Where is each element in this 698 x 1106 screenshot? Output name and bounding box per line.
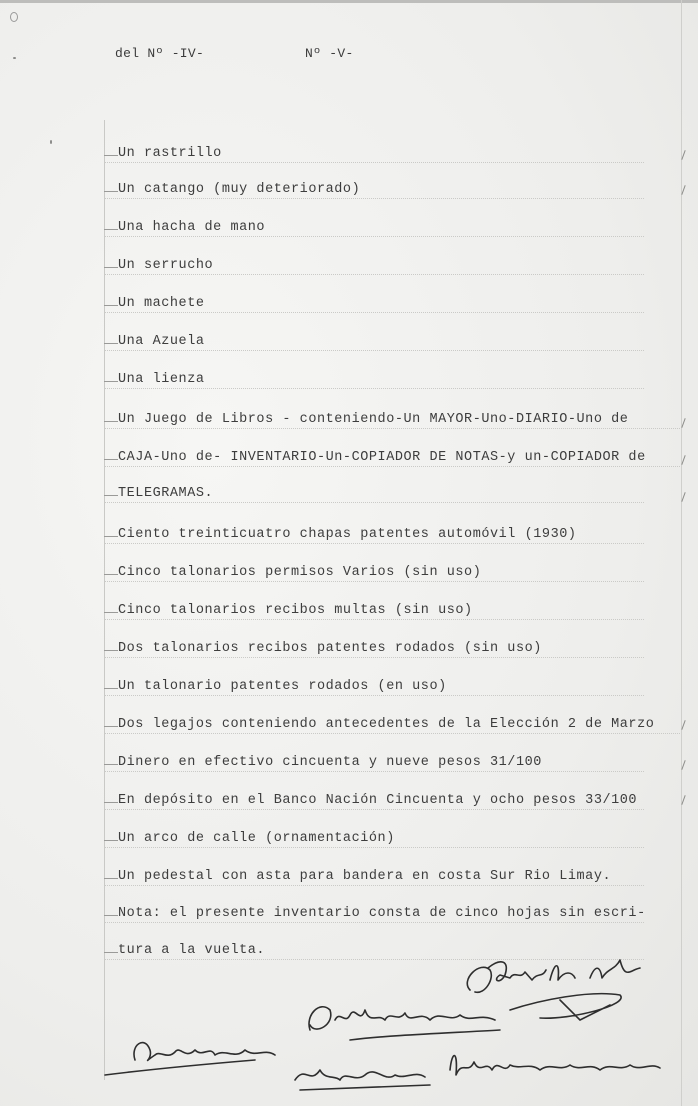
inventory-line-text: Dos legajos conteniendo antecedentes de … <box>118 717 654 732</box>
inventory-line-text: tura a la vuelta. <box>118 943 265 958</box>
line-dash <box>104 409 118 422</box>
line-underline <box>104 388 644 389</box>
inventory-line: Un serrucho <box>104 255 644 275</box>
document-page: del Nº -IV- Nº -V- Un rastrilloUn catang… <box>0 0 698 1106</box>
inventory-line: Dinero en efectivo cincuenta y nueve pes… <box>104 752 644 772</box>
inventory-line: Cinco talonarios recibos multas (sin uso… <box>104 600 644 620</box>
line-underline <box>104 809 644 810</box>
header-from-number: del Nº -IV- <box>115 46 204 61</box>
inventory-line-text: Dinero en efectivo cincuenta y nueve pes… <box>118 755 542 770</box>
smudge <box>13 57 16 59</box>
inventory-line-text: Un Juego de Libros - conteniendo-Un MAYO… <box>118 412 628 427</box>
inventory-line-text: Un arco de calle (ornamentación) <box>118 831 395 846</box>
line-dash <box>104 331 118 344</box>
inventory-line-text: Un pedestal con asta para bandera en cos… <box>118 869 611 884</box>
inventory-line: Una hacha de mano <box>104 217 644 237</box>
inventory-line: Cinco talonarios permisos Varios (sin us… <box>104 562 644 582</box>
line-dash <box>104 179 118 192</box>
line-dash <box>104 369 118 382</box>
inventory-line: Dos legajos conteniendo antecedentes de … <box>104 714 680 734</box>
line-underline <box>104 162 644 163</box>
inventory-line: Nota: el presente inventario consta de c… <box>104 903 644 923</box>
inventory-line-text: Un talonario patentes rodados (en uso) <box>118 679 447 694</box>
line-underline <box>104 466 680 467</box>
signature-2 <box>290 995 510 1045</box>
inventory-line: Ciento treinticuatro chapas patentes aut… <box>104 524 644 544</box>
inventory-line-text: Cinco talonarios recibos multas (sin uso… <box>118 603 473 618</box>
line-dash <box>104 940 118 953</box>
inventory-line: Un pedestal con asta para bandera en cos… <box>104 866 644 886</box>
line-dash <box>104 790 118 803</box>
line-underline <box>104 733 680 734</box>
header-to-number: Nº -V- <box>305 46 354 61</box>
inventory-line: Dos talonarios recibos patentes rodados … <box>104 638 644 658</box>
inventory-line-text: En depósito en el Banco Nación Cincuenta… <box>118 793 637 808</box>
line-dash <box>104 447 118 460</box>
inventory-line-text: Una hacha de mano <box>118 220 265 235</box>
line-underline <box>104 312 644 313</box>
line-dash <box>104 866 118 879</box>
inventory-line: Una Azuela <box>104 331 644 351</box>
inventory-line-text: CAJA-Uno de- INVENTARIO-Un-COPIADOR DE N… <box>118 450 646 465</box>
line-underline <box>104 619 644 620</box>
line-dash <box>104 638 118 651</box>
line-underline <box>104 236 644 237</box>
inventory-line-text: Un machete <box>118 296 205 311</box>
line-dash <box>104 676 118 689</box>
line-dash <box>104 752 118 765</box>
line-dash <box>104 828 118 841</box>
inventory-line: Un catango (muy deteriorado) <box>104 179 644 199</box>
line-underline <box>104 274 644 275</box>
inventory-line-text: Nota: el presente inventario consta de c… <box>118 906 646 921</box>
inventory-line: CAJA-Uno de- INVENTARIO-Un-COPIADOR DE N… <box>104 447 680 467</box>
line-dash <box>104 524 118 537</box>
inventory-line-text: Una lienza <box>118 372 205 387</box>
line-dash <box>104 600 118 613</box>
line-underline <box>104 502 644 503</box>
inventory-line: Un arco de calle (ornamentación) <box>104 828 644 848</box>
inventory-line: TELEGRAMAS. <box>104 483 644 503</box>
inventory-line-text: Ciento treinticuatro chapas patentes aut… <box>118 527 577 542</box>
document-header: del Nº -IV- Nº -V- <box>115 46 204 61</box>
smudge <box>10 12 18 22</box>
line-underline <box>104 695 644 696</box>
inventory-line-text: TELEGRAMAS. <box>118 486 213 501</box>
inventory-line: Un rastrillo <box>104 143 644 163</box>
inventory-line-text: Un serrucho <box>118 258 213 273</box>
inventory-line: Un Juego de Libros - conteniendo-Un MAYO… <box>104 409 680 429</box>
line-underline <box>104 922 644 923</box>
line-underline <box>104 581 644 582</box>
inventory-line: En depósito en el Banco Nación Cincuenta… <box>104 790 644 810</box>
line-underline <box>104 657 644 658</box>
line-dash <box>104 903 118 916</box>
line-dash <box>104 143 118 156</box>
inventory-line-text: Una Azuela <box>118 334 205 349</box>
inventory-line-text: Dos talonarios recibos patentes rodados … <box>118 641 542 656</box>
smudge <box>50 140 52 144</box>
line-dash <box>104 562 118 575</box>
page-top-edge <box>0 0 698 3</box>
line-underline <box>104 428 680 429</box>
inventory-line: Un machete <box>104 293 644 313</box>
inventory-line: Un talonario patentes rodados (en uso) <box>104 676 644 696</box>
inventory-line: Una lienza <box>104 369 644 389</box>
right-margin-rule <box>681 0 682 1106</box>
line-underline <box>104 771 644 772</box>
line-dash <box>104 293 118 306</box>
line-dash <box>104 217 118 230</box>
signature-5 <box>440 1040 670 1085</box>
line-underline <box>104 885 644 886</box>
line-underline <box>104 198 644 199</box>
inventory-line-text: Un catango (muy deteriorado) <box>118 182 360 197</box>
line-dash <box>104 255 118 268</box>
signature-3 <box>85 1030 295 1080</box>
inventory-line-text: Cinco talonarios permisos Varios (sin us… <box>118 565 481 580</box>
line-dash <box>104 483 118 496</box>
line-dash <box>104 714 118 727</box>
line-underline <box>104 543 644 544</box>
line-underline <box>104 350 644 351</box>
line-underline <box>104 847 644 848</box>
inventory-line-text: Un rastrillo <box>118 146 222 161</box>
signature-4 <box>285 1055 435 1095</box>
